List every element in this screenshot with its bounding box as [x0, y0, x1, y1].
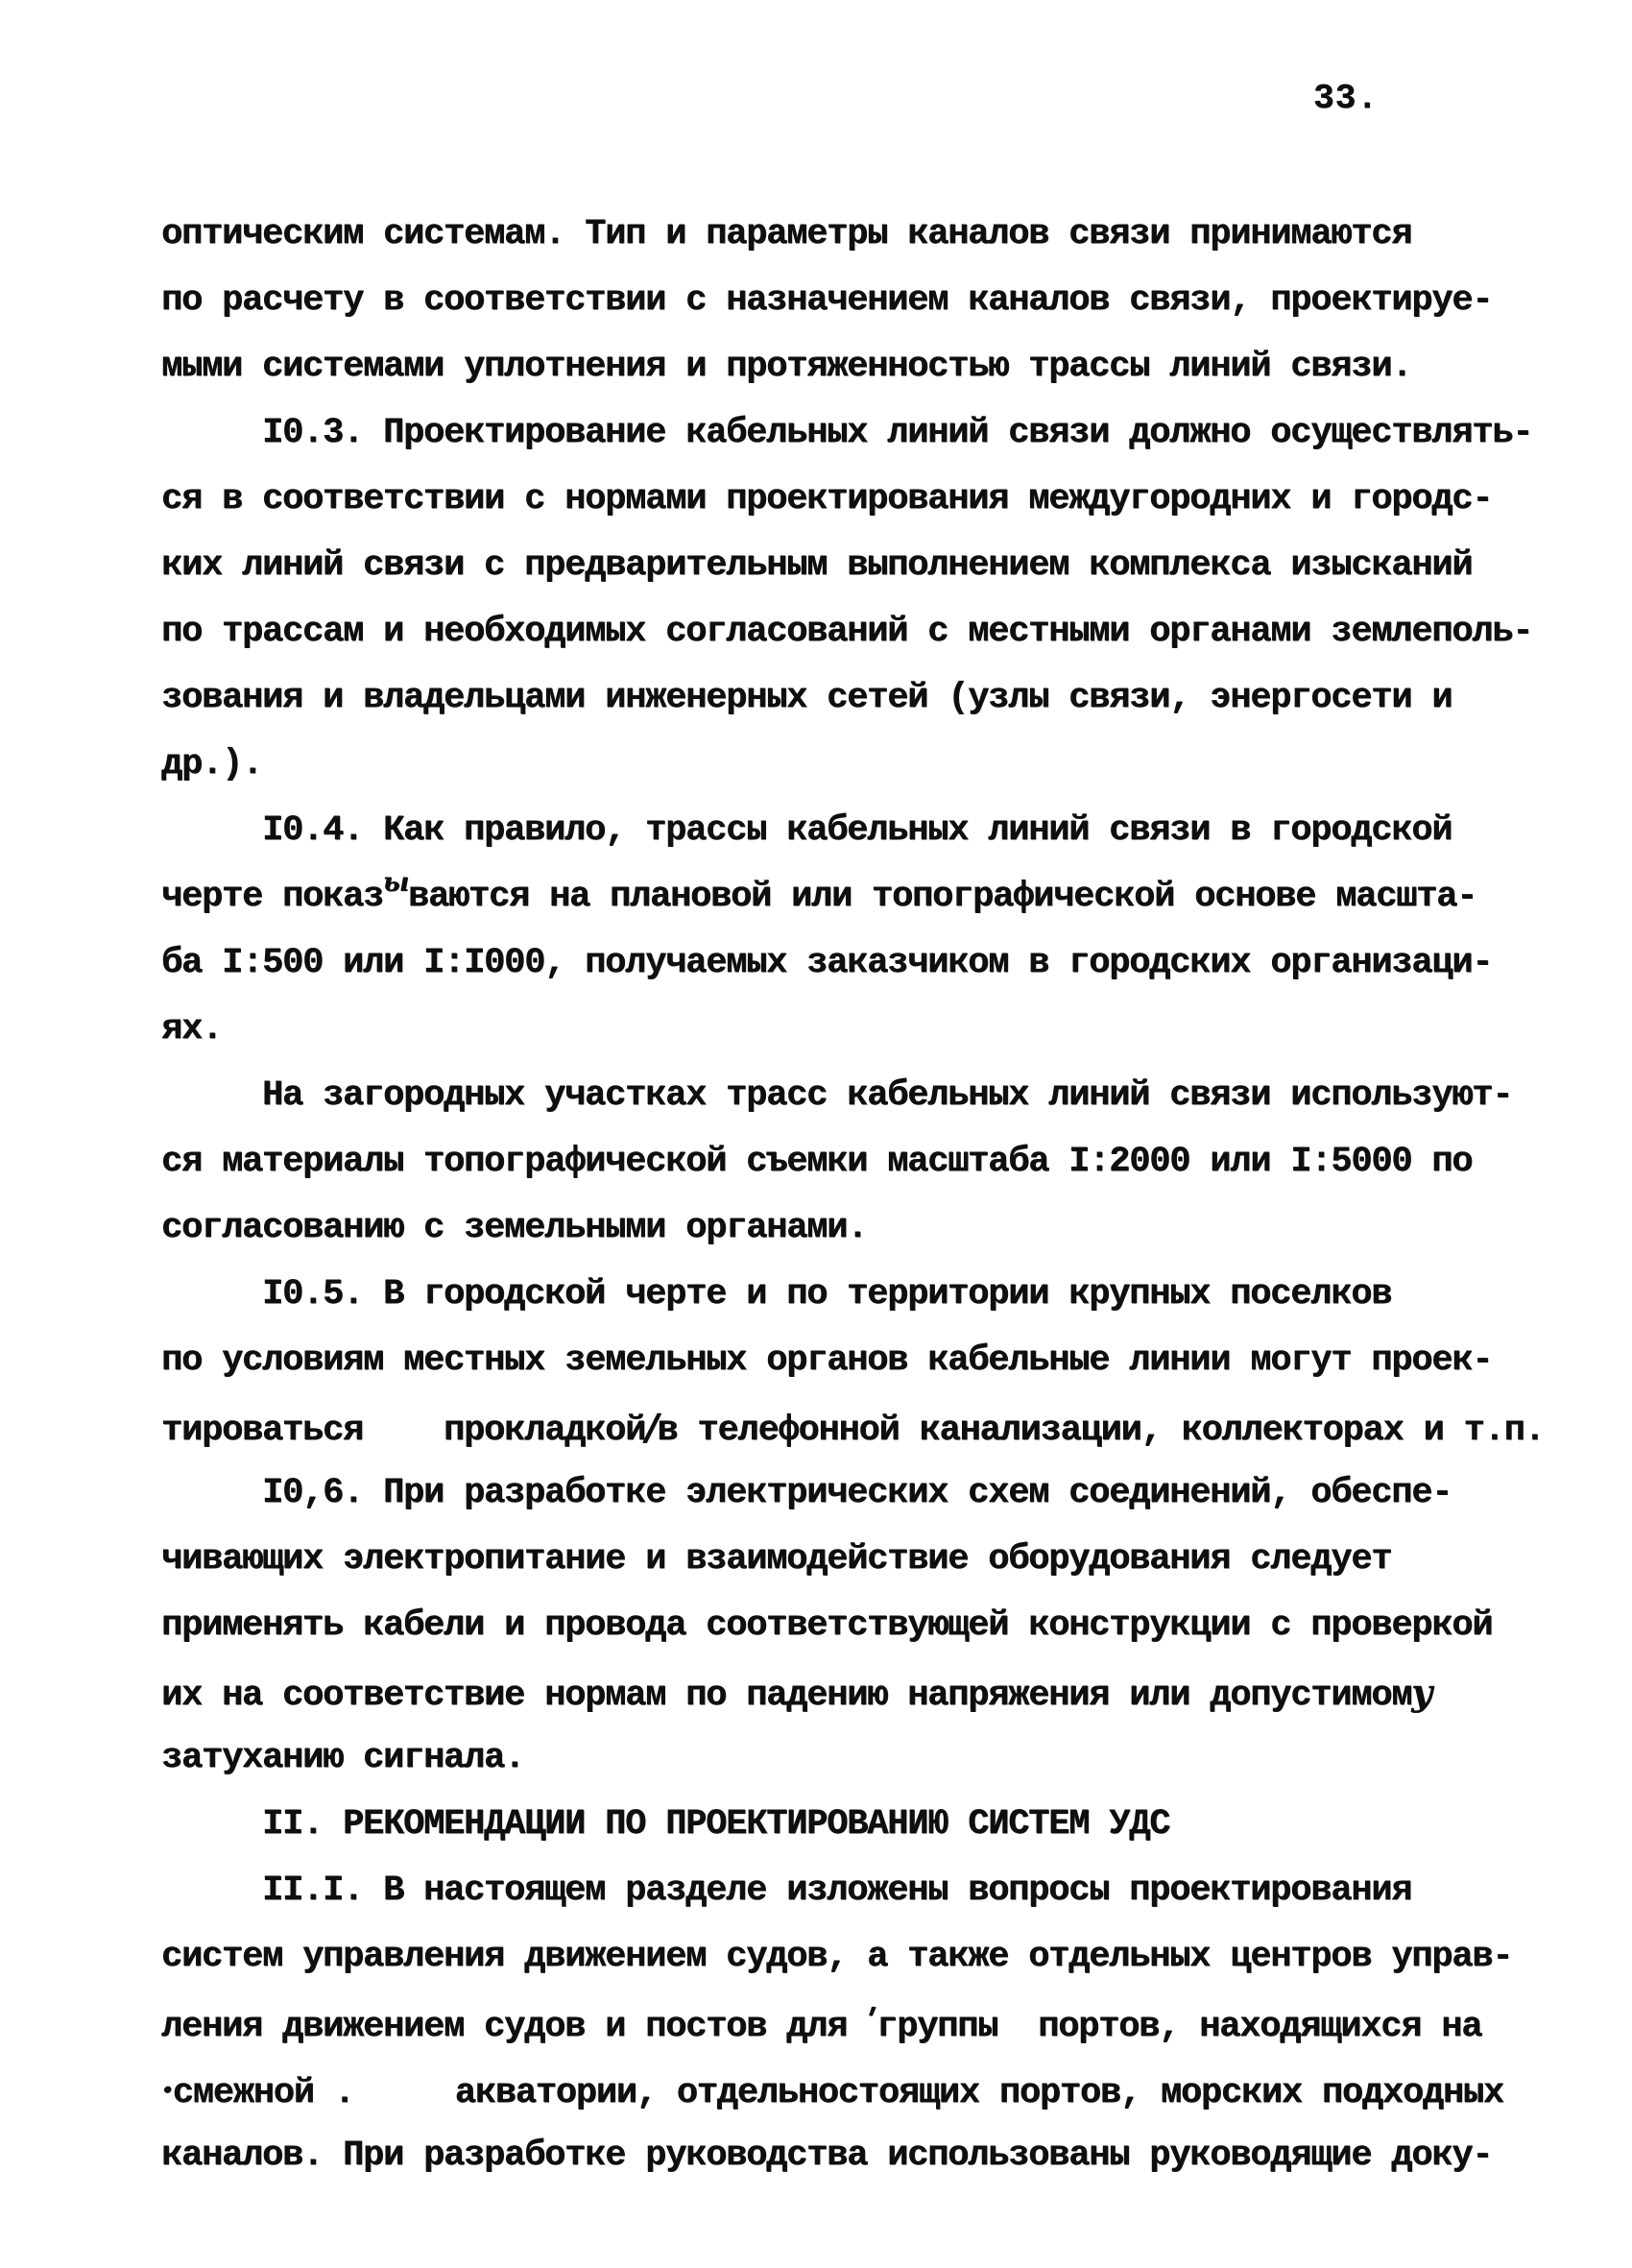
typed-text: зования и владельцами инженерных сетей (…	[161, 678, 1452, 718]
typed-text: по условиям местных земельных органов ка…	[161, 1340, 1492, 1381]
text-line: согласованию с земельными органами.	[161, 1195, 1572, 1262]
handwritten-mark: ·	[161, 2068, 173, 2111]
typed-text: по расчету в соответствии с назначением …	[161, 280, 1492, 321]
text-line: по расчету в соответствии с назначением …	[161, 268, 1572, 334]
text-line: зования и владельцами инженерных сетей (…	[161, 665, 1572, 732]
text-line: I0.5. В городской черте и по территории …	[161, 1262, 1572, 1328]
text-line: тироваться прокладкой/в телефонной канал…	[161, 1394, 1572, 1460]
text-line: черте показываются на плановой или топог…	[161, 864, 1572, 930]
typed-text: согласованию с земельными органами.	[161, 1208, 867, 1248]
typed-text: мыми системами уплотнения и протяженност…	[161, 347, 1411, 387]
typed-text: чивающих электропитание и взаимодействие…	[161, 1539, 1391, 1580]
text-line: ся материалы топографической съемки масш…	[161, 1129, 1572, 1195]
typed-text: группы портов, находящихся на	[876, 2007, 1481, 2047]
text-line: систем управления движением судов, а так…	[161, 1924, 1572, 1991]
text-line: др.).	[161, 732, 1572, 798]
typed-text: тироваться прокладкой	[161, 1411, 645, 1451]
typed-text: ся в соответствии с нормами проектирован…	[161, 479, 1492, 519]
text-line: ся в соответствии с нормами проектирован…	[161, 467, 1572, 533]
typed-text: I0.5. В городской черте и по территории …	[262, 1274, 1391, 1315]
handwritten-mark: /	[645, 1406, 657, 1448]
typed-text: по трассам и необходимых согласований с …	[161, 612, 1532, 652]
handwritten-mark: ы	[383, 850, 408, 916]
text-line: I0.3. Проектирование кабельных линий свя…	[161, 400, 1572, 467]
text-line: каналов. При разработке руководства испо…	[161, 2123, 1572, 2189]
typed-text: II. РЕКОМЕНДАЦИИ ПО ПРОЕКТИРОВАНИЮ СИСТЕ…	[262, 1804, 1169, 1845]
typed-text: I0.4. Как правило, трассы кабельных лини…	[262, 810, 1452, 851]
text-line: ба I:500 или I:I000, получаемых заказчик…	[161, 930, 1572, 997]
typed-text: их на соответствие нормам по падению нап…	[161, 1676, 1411, 1716]
typed-text: ях.	[161, 1009, 222, 1050]
text-line: чивающих электропитание и взаимодействие…	[161, 1527, 1572, 1593]
typed-text: На загородных участках трасс кабельных л…	[262, 1075, 1512, 1116]
text-line: применять кабели и провода соответствующ…	[161, 1593, 1572, 1659]
text-line: ·смежной . акватории, отдельностоящих по…	[161, 2057, 1572, 2123]
typed-text: ваются на плановой или топографической о…	[408, 877, 1476, 917]
typed-text: ба I:500 или I:I000, получаемых заказчик…	[161, 943, 1492, 983]
typed-text: оптическим системам. Тип и параметры кан…	[161, 214, 1411, 254]
typed-text: ся материалы топографической съемки масш…	[161, 1142, 1472, 1182]
typed-text: затуханию сигнала.	[161, 1738, 524, 1778]
text-line: II.I. В настоящем разделе изложены вопро…	[161, 1858, 1572, 1924]
typed-text: I0,6. При разработке электрических схем …	[262, 1473, 1452, 1513]
typed-text: II.I. В настоящем разделе изложены вопро…	[262, 1870, 1411, 1911]
typed-text: применять кабели и провода соответствующ…	[161, 1605, 1492, 1646]
text-line: ких линий связи с предварительным выполн…	[161, 533, 1572, 599]
handwritten-mark: у	[1411, 1671, 1431, 1713]
typed-text: др.).	[161, 744, 262, 784]
page-number: 33.	[1313, 79, 1379, 118]
typed-text: систем управления движением судов, а так…	[161, 1937, 1512, 1977]
text-line: I0.4. Как правило, трассы кабельных лини…	[161, 798, 1572, 864]
text-line: I0,6. При разработке электрических схем …	[161, 1460, 1572, 1527]
typed-text: черте показ	[161, 877, 383, 917]
document-body: оптическим системам. Тип и параметры кан…	[161, 202, 1572, 2189]
typed-text: в телефонной канализации, коллекторах и …	[657, 1411, 1544, 1451]
typed-text: смежной . акватории, отдельностоящих пор…	[173, 2073, 1503, 2113]
typed-text: I0.3. Проектирование кабельных линий свя…	[262, 413, 1532, 453]
text-line: На загородных участках трасс кабельных л…	[161, 1063, 1572, 1129]
handwritten-mark: ʹ	[867, 2002, 876, 2044]
typed-text: ких линий связи с предварительным выполн…	[161, 545, 1472, 586]
text-line: ях.	[161, 997, 1572, 1063]
text-line: оптическим системам. Тип и параметры кан…	[161, 202, 1572, 268]
text-line: ления движением судов и постов для ʹгруп…	[161, 1991, 1572, 2057]
typed-text: каналов. При разработке руководства испо…	[161, 2135, 1492, 2176]
typed-text: ления движением судов и постов для	[161, 2007, 867, 2047]
text-line: их на соответствие нормам по падению нап…	[161, 1659, 1572, 1725]
document-page: 33. оптическим системам. Тип и параметры…	[0, 0, 1632, 2268]
text-line: мыми системами уплотнения и протяженност…	[161, 334, 1572, 400]
text-line: по условиям местных земельных органов ка…	[161, 1328, 1572, 1394]
text-line: затуханию сигнала.	[161, 1725, 1572, 1792]
text-line: по трассам и необходимых согласований с …	[161, 599, 1572, 665]
text-line: II. РЕКОМЕНДАЦИИ ПО ПРОЕКТИРОВАНИЮ СИСТЕ…	[161, 1792, 1572, 1858]
